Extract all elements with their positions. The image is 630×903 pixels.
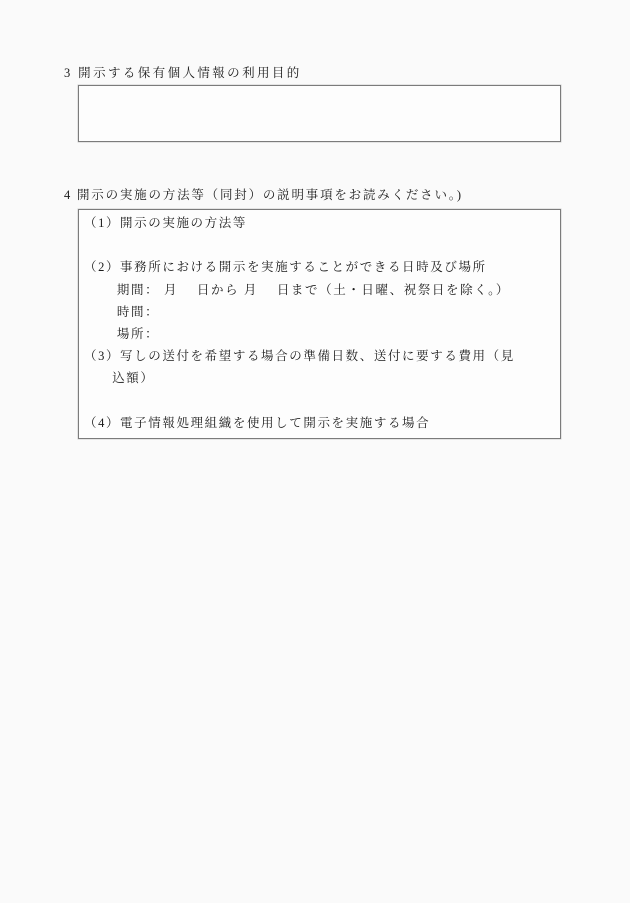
section-4-heading: 4 開示の実施の方法等（同封）の説明事項をお読みください。) [64,188,463,203]
section-3-heading: 3 開示する保有個人情報の利用目的 [64,66,302,81]
box-line-item-2: （2）事務所における開示を実施することができる日時及び場所 [84,256,555,278]
box-line-blank [84,390,555,412]
box-line-item-3: （3）写しの送付を希望する場合の準備日数、送付に要する費用（見 [84,345,555,367]
box-line-period: 期間： 月 日から 月 日まで（土・日曜、祝祭日を除く。） [84,279,555,301]
box-line-blank [84,234,555,256]
box-line-item-3-cont: 込額） [84,367,555,389]
section-3-answer-box [78,85,561,142]
box-line-item-1: （1）開示の実施の方法等 [84,212,555,234]
box-line-item-4: （4）電子情報処理組織を使用して開示を実施する場合 [84,412,555,434]
box-line-time: 時間： [84,301,555,323]
section-4-details-box: （1）開示の実施の方法等 （2）事務所における開示を実施することができる日時及び… [78,209,561,439]
box-line-place: 場所： [84,323,555,345]
document-page: 3 開示する保有個人情報の利用目的 4 開示の実施の方法等（同封）の説明事項をお… [0,0,630,903]
